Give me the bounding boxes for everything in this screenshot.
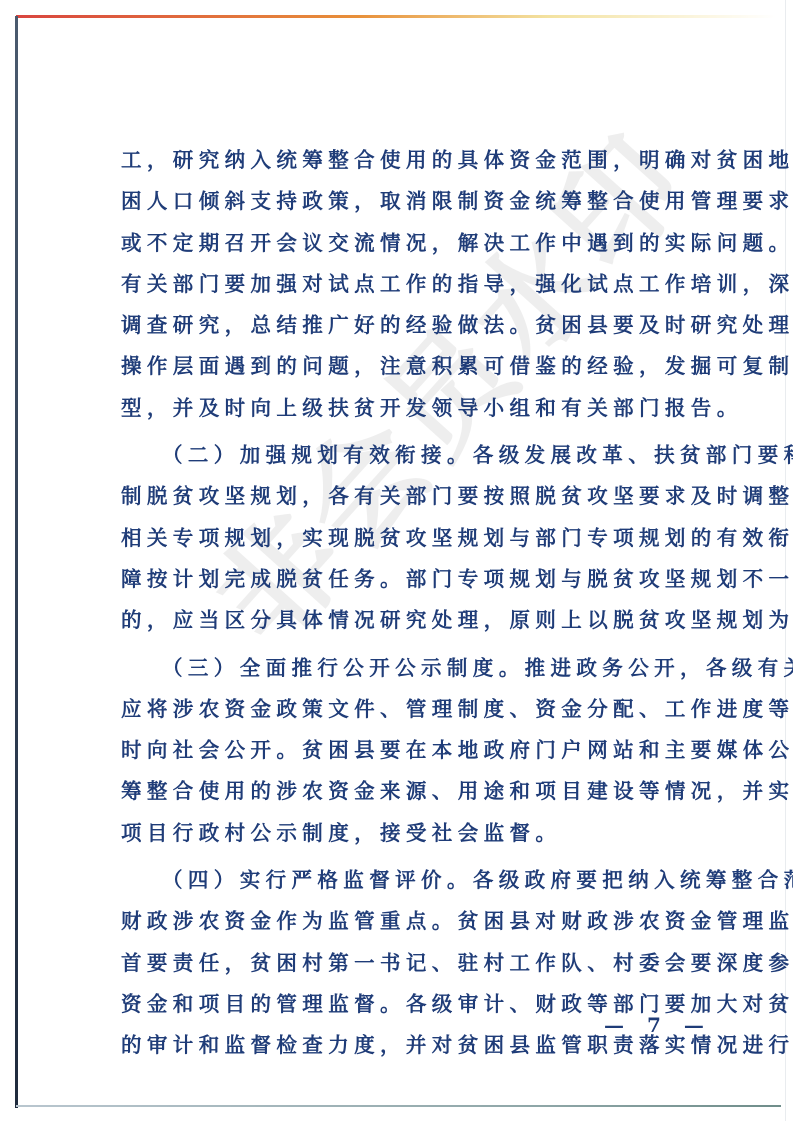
text-line: 制脱贫攻坚规划，各有关部门要按照脱贫攻坚要求及时调整完善 — [121, 476, 703, 517]
text-line: 应将涉农资金政策文件、管理制度、资金分配、工作进度等信息及 — [121, 689, 703, 730]
paragraph-1: 工，研究纳入统筹整合使用的具体资金范围，明确对贫困地区、贫 困人口倾斜支持政策，… — [121, 140, 703, 429]
text-line: 调查研究，总结推广好的经验做法。贫困县要及时研究处理具体 — [121, 305, 703, 346]
text-line: 障按计划完成脱贫任务。部门专项规划与脱贫攻坚规划不一致 — [121, 559, 703, 600]
text-line: 或不定期召开会议交流情况，解决工作中遇到的实际问题。各级 — [121, 223, 703, 264]
text-line: 工，研究纳入统筹整合使用的具体资金范围，明确对贫困地区、贫 — [121, 140, 703, 181]
text-line: 筹整合使用的涉农资金来源、用途和项目建设等情况，并实施扶贫 — [121, 771, 703, 812]
page-border-top — [16, 15, 776, 18]
page-border-left — [15, 16, 18, 1108]
section-heading-line: （二）加强规划有效衔接。各级发展改革、扶贫部门要科学编 — [121, 435, 703, 476]
paragraph-2-planning: （二）加强规划有效衔接。各级发展改革、扶贫部门要科学编 制脱贫攻坚规划，各有关部… — [121, 435, 703, 641]
text-line: 困人口倾斜支持政策，取消限制资金统筹整合使用管理要求，定期 — [121, 181, 703, 222]
text-line: 时向社会公开。贫困县要在本地政府门户网站和主要媒体公开统 — [121, 730, 703, 771]
section-heading-line: （四）实行严格监督评价。各级政府要把纳入统筹整合范围的 — [121, 860, 703, 901]
text-line: 型，并及时向上级扶贫开发领导小组和有关部门报告。 — [121, 388, 703, 429]
document-body: 工，研究纳入统筹整合使用的具体资金范围，明确对贫困地区、贫 困人口倾斜支持政策，… — [121, 140, 703, 1067]
text-line: 操作层面遇到的问题，注意积累可借鉴的经验，发掘可复制的典 — [121, 346, 703, 387]
text-line: 项目行政村公示制度，接受社会监督。 — [121, 813, 703, 854]
page-number: — 7 — — [604, 1013, 712, 1037]
page-border-bottom — [16, 1105, 781, 1107]
section-heading-line: （三）全面推行公开公示制度。推进政务公开，各级有关部门 — [121, 648, 703, 689]
text-line: 财政涉农资金作为监管重点。贫困县对财政涉农资金管理监督负 — [121, 901, 703, 942]
text-line: 相关专项规划，实现脱贫攻坚规划与部门专项规划的有效衔接，保 — [121, 518, 703, 559]
text-line: 的，应当区分具体情况研究处理，原则上以脱贫攻坚规划为准。 — [121, 600, 703, 641]
text-line: 首要责任，贫困村第一书记、驻村工作队、村委会要深度参与涉农 — [121, 943, 703, 984]
text-line: 有关部门要加强对试点工作的指导，强化试点工作培训，深入开展 — [121, 264, 703, 305]
paragraph-3-disclosure: （三）全面推行公开公示制度。推进政务公开，各级有关部门 应将涉农资金政策文件、管… — [121, 648, 703, 854]
